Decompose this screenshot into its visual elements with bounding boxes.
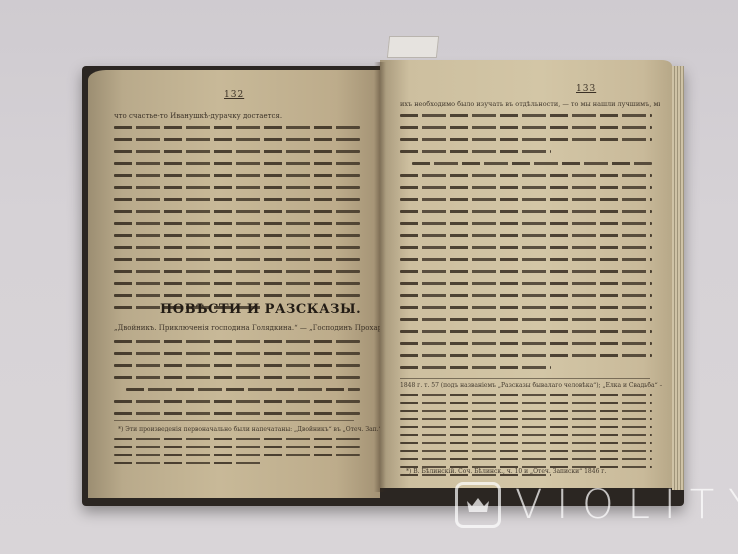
- footnote-rule: [400, 378, 650, 379]
- right-page: 133 ихъ необходимо было изучать въ отдѣл…: [380, 60, 672, 488]
- book-gutter: [374, 62, 386, 492]
- watermark-text: VIOLITY: [515, 482, 738, 528]
- left-page-after-heading-text: „Двойникъ. Приключенія господина Голядки…: [114, 324, 380, 332]
- section-heading: ПОВѢСТИ И РАЗСКАЗЫ.: [160, 302, 361, 317]
- footnote-rule: [114, 420, 354, 421]
- right-page-top-text: ихъ необходимо было изучать въ отдѣльнос…: [400, 100, 660, 108]
- left-page-body-text: [114, 126, 360, 318]
- open-book: 132 что счастье-то Иванушкѣ-дурачку дост…: [82, 58, 682, 498]
- right-page-last-footnote: *) В. Бѣлинскій. Соч. Бѣлинск., ч. 10 и …: [406, 468, 606, 475]
- left-page-footnote: *) Эти произведенія первоначально были н…: [118, 426, 380, 433]
- watermark: VIOLITY: [455, 482, 738, 528]
- left-page-number: 132: [224, 90, 244, 100]
- page-edges: [672, 66, 684, 490]
- right-page-footnote: 1848 г. т. 57 (подъ названіемъ „Разсказы…: [400, 382, 662, 389]
- right-page-body-text: [400, 114, 652, 378]
- crown-icon: [455, 482, 501, 528]
- right-page-number: 133: [576, 84, 596, 94]
- left-page-top-text: что счастье-то Иванушкѣ-дурачку достаетс…: [114, 112, 282, 120]
- left-page: 132 что счастье-то Иванушкѣ-дурачку дост…: [88, 70, 380, 498]
- bookmark-slip: [387, 36, 439, 58]
